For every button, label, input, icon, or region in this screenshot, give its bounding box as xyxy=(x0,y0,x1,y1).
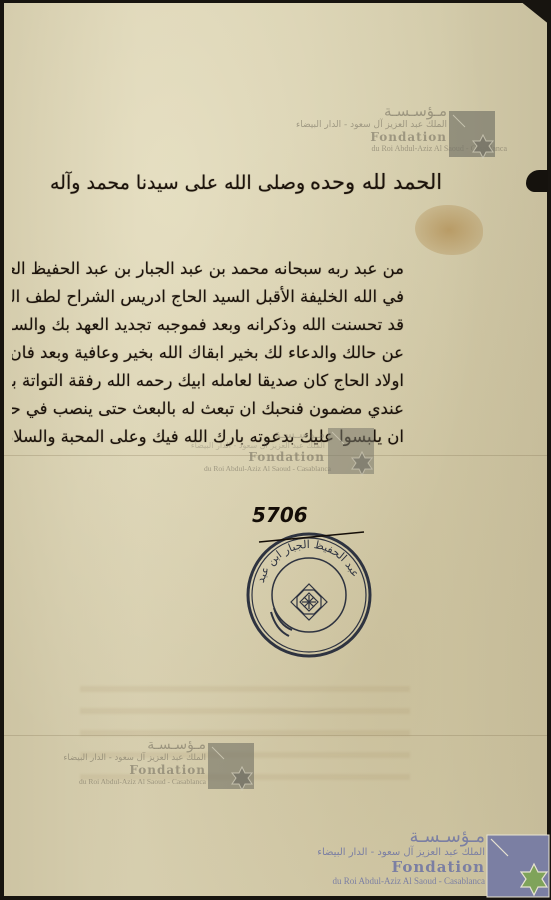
archive-number: 5706 xyxy=(252,503,308,527)
foundation-logo-icon xyxy=(328,428,376,476)
letter-body: من عبد ربه سبحانه محمد بن عبد الجبار بن … xyxy=(12,255,404,451)
body-line: قد تحسنت الله وذكرانه وبعد فموجبه تجديد … xyxy=(12,311,404,339)
body-line: في الله الخليفة الأقبل السيد الحاج ادريس… xyxy=(12,283,404,311)
watermark-middle: مـؤسـسـة الملك عبد العزيز آل سعود - الدا… xyxy=(165,427,325,473)
body-line: اولاد الحاج كان صديقا لعامله ابيك رحمه ا… xyxy=(12,367,404,395)
paper-tear xyxy=(526,170,548,192)
body-line: عندي مضمون فنحبك ان تبعث له بالبعث حتى ي… xyxy=(12,395,404,423)
watermark-top-right: مـؤسـسـة الملك عبد العزيز آل سعود - الدا… xyxy=(285,102,447,153)
header-salutation: وصلى الله على سيدنا محمد وآله xyxy=(50,172,305,194)
body-line: من عبد ربه سبحانه محمد بن عبد الجبار بن … xyxy=(12,255,404,283)
header-invocation: الحمد لله وحده xyxy=(310,170,442,194)
foundation-logo-icon xyxy=(449,111,497,159)
watermark-lower-left: مـؤسـسـة الملك عبد العزيز آل سعود - الدا… xyxy=(40,737,206,786)
watermark-bottom-right: مـؤسـسـة الملك عبد العزيز آل سعود - الدا… xyxy=(285,826,485,886)
foundation-logo-icon xyxy=(486,834,550,900)
body-line: عن حالك والدعاء لك بخير ابقاك الله بخير … xyxy=(12,339,404,367)
foundation-logo-icon xyxy=(208,743,256,791)
official-seal-icon: عبد الحفيظ الجبار ابن عبد xyxy=(244,530,374,660)
water-stain xyxy=(415,205,483,255)
